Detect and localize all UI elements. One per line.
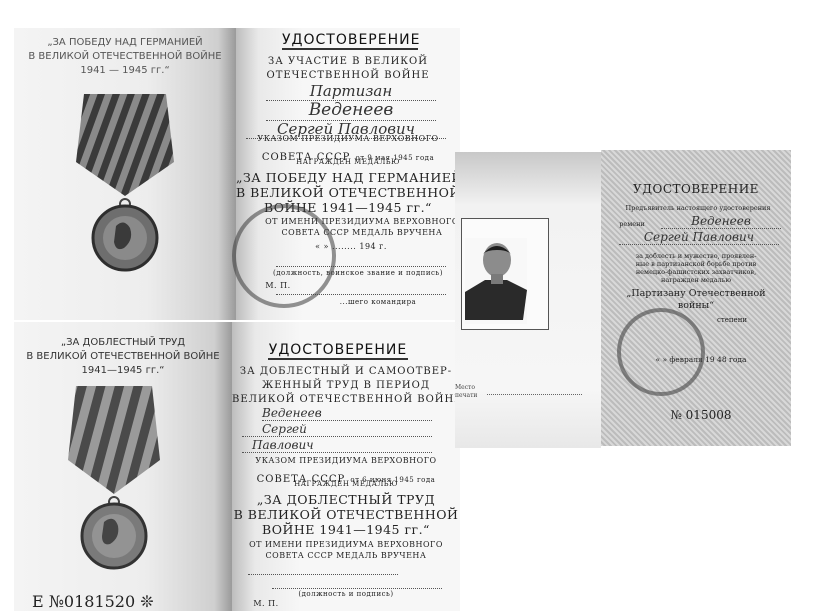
labour-medal-name-2: В ВЕЛИКОЙ ОТЕЧЕСТВЕННОЙ: [232, 507, 460, 522]
victory-seal-stamp: [232, 204, 336, 308]
labour-subtitle-line-3: ВЕЛИКОЙ ОТЕЧЕСТВЕННОЙ ВОЙНЫ: [232, 394, 460, 405]
victory-certificate-title: УДОСТОВЕРЕНИЕ: [282, 32, 418, 50]
partisan-certificate-left-page: Место печати: [455, 152, 601, 448]
partisan-serial-number: № 015008: [641, 408, 761, 422]
labour-certificate-left-page: „ЗА ДОБЛЕСТНЫЙ ТРУД В ВЕЛИКОЙ ОТЕЧЕСТВЕН…: [14, 322, 232, 611]
labour-medal-name-1: „ЗА ДОБЛЕСТНЫЙ ТРУД: [232, 492, 460, 507]
labour-decree-awarded: НАГРАЖДЕН МЕДАЛЬЮ: [232, 480, 460, 488]
labour-certificate-title: УДОСТОВЕРЕНИЕ: [268, 342, 408, 360]
labour-medal-image: [60, 382, 170, 574]
labour-subtitle-line-2: ЖЕННЫЙ ТРУД В ПЕРИОД: [232, 380, 460, 391]
handwritten-name: Сергей Павлович: [619, 230, 779, 245]
victory-medal-name-2: В ВЕЛИКОЙ ОТЕЧЕСТВЕННОЙ: [236, 185, 460, 200]
caption-line: 1941 — 1945 гг.“: [14, 64, 236, 78]
labour-decree-line-1: УКАЗОМ ПРЕЗИДИУМА ВЕРХОВНОГО: [232, 456, 460, 465]
partisan-medal-name-2: войны“: [601, 300, 791, 311]
handwritten-surname: Веденеев: [266, 100, 436, 121]
labour-position-caption: (должность и подпись): [232, 590, 460, 598]
handwritten-signature: [272, 578, 442, 589]
caption-line: 1941—1945 гг.“: [14, 364, 232, 378]
victory-decree-line-1: УКАЗОМ ПРЕЗИДИУМА ВЕРХОВНОГО: [236, 134, 460, 143]
photo-stamp-caption: Место печати: [455, 384, 477, 400]
partisan-line-3: за доблесть и мужество, проявлен-: [601, 252, 791, 260]
labour-subtitle-line-1: ЗА ДОБЛЕСТНЫЙ И САМООТВЕР-: [232, 366, 460, 377]
victory-medal-image: [70, 88, 180, 272]
caption-line: Место: [455, 384, 477, 392]
victory-subtitle-line-2: ОТЕЧЕСТВЕННОЙ ВОЙНЕ: [236, 70, 460, 81]
victory-medal-caption: „ЗА ПОБЕДУ НАД ГЕРМАНИЕЙ В ВЕЛИКОЙ ОТЕЧЕ…: [14, 36, 236, 78]
caption-line: печати: [455, 392, 477, 400]
victory-certificate-right-page: УДОСТОВЕРЕНИЕ ЗА УЧАСТИЕ В ВЕЛИКОЙ ОТЕЧЕ…: [236, 28, 460, 320]
handwritten-date: [248, 564, 398, 575]
handwritten-surname: Веденеев: [661, 214, 781, 229]
victory-subtitle-line-1: ЗА УЧАСТИЕ В ВЕЛИКОЙ: [236, 56, 460, 67]
handwritten-name: Сергей: [242, 422, 432, 437]
labour-certificate-right-page: УДОСТОВЕРЕНИЕ ЗА ДОБЛЕСТНЫЙ И САМООТВЕР-…: [232, 322, 460, 611]
caption-line: В ВЕЛИКОЙ ОТЕЧЕСТВЕННОЙ ВОЙНЕ: [14, 50, 236, 64]
stamp-dotted-line: [487, 394, 582, 395]
partisan-medal-name-1: „Партизану Отечественной: [601, 288, 791, 299]
caption-line: „ЗА ДОБЛЕСТНЫЙ ТРУД: [14, 336, 232, 350]
partisan-certificate-title: УДОСТОВЕРЕНИЕ: [601, 182, 791, 196]
caption-line: В ВЕЛИКОЙ ОТЕЧЕСТВЕННОЙ ВОЙНЕ: [14, 350, 232, 364]
labour-presented-2: СОВЕТА СССР МЕДАЛЬ ВРУЧЕНА: [232, 551, 460, 560]
labour-presented-1: ОТ ИМЕНИ ПРЕЗИДИУМА ВЕРХОВНОГО: [232, 540, 460, 549]
partisan-certificate-right-page: УДОСТОВЕРЕНИЕ Предъявитель настоящего уд…: [601, 150, 791, 446]
partisan-line-6: награжден медалью: [601, 276, 791, 284]
victory-medal-name-1: „ЗА ПОБЕДУ НАД ГЕРМАНИЕЙ: [236, 170, 460, 185]
handwritten-patronymic: Павлович: [242, 438, 432, 453]
partisan-line-5: немецко-фашистских захватчиков,: [601, 268, 791, 276]
caption-line: „ЗА ПОБЕДУ НАД ГЕРМАНИЕЙ: [14, 36, 236, 50]
labour-mp-label: М. П.: [152, 599, 380, 608]
labour-medal-caption: „ЗА ДОБЛЕСТНЫЙ ТРУД В ВЕЛИКОЙ ОТЕЧЕСТВЕН…: [14, 336, 232, 378]
handwritten-surname: Веденеев: [262, 406, 432, 421]
holder-photo: [465, 238, 527, 324]
labour-serial-number: Е №0181520 ❊: [32, 592, 154, 611]
partisan-line-4: ные в партизанской борьбе против: [601, 260, 791, 268]
labour-medal-name-3: ВОЙНЕ 1941—1945 гг.“: [232, 522, 460, 537]
victory-certificate-left-page: „ЗА ПОБЕДУ НАД ГЕРМАНИЕЙ В ВЕЛИКОЙ ОТЕЧЕ…: [14, 28, 236, 320]
victory-decree-awarded: НАГРАЖДЕН МЕДАЛЬЮ: [236, 158, 460, 166]
handwritten-rank: Партизан: [266, 82, 436, 101]
partisan-line-1: Предъявитель настоящего удостоверения: [605, 204, 791, 212]
partisan-seal-stamp: [617, 308, 705, 396]
